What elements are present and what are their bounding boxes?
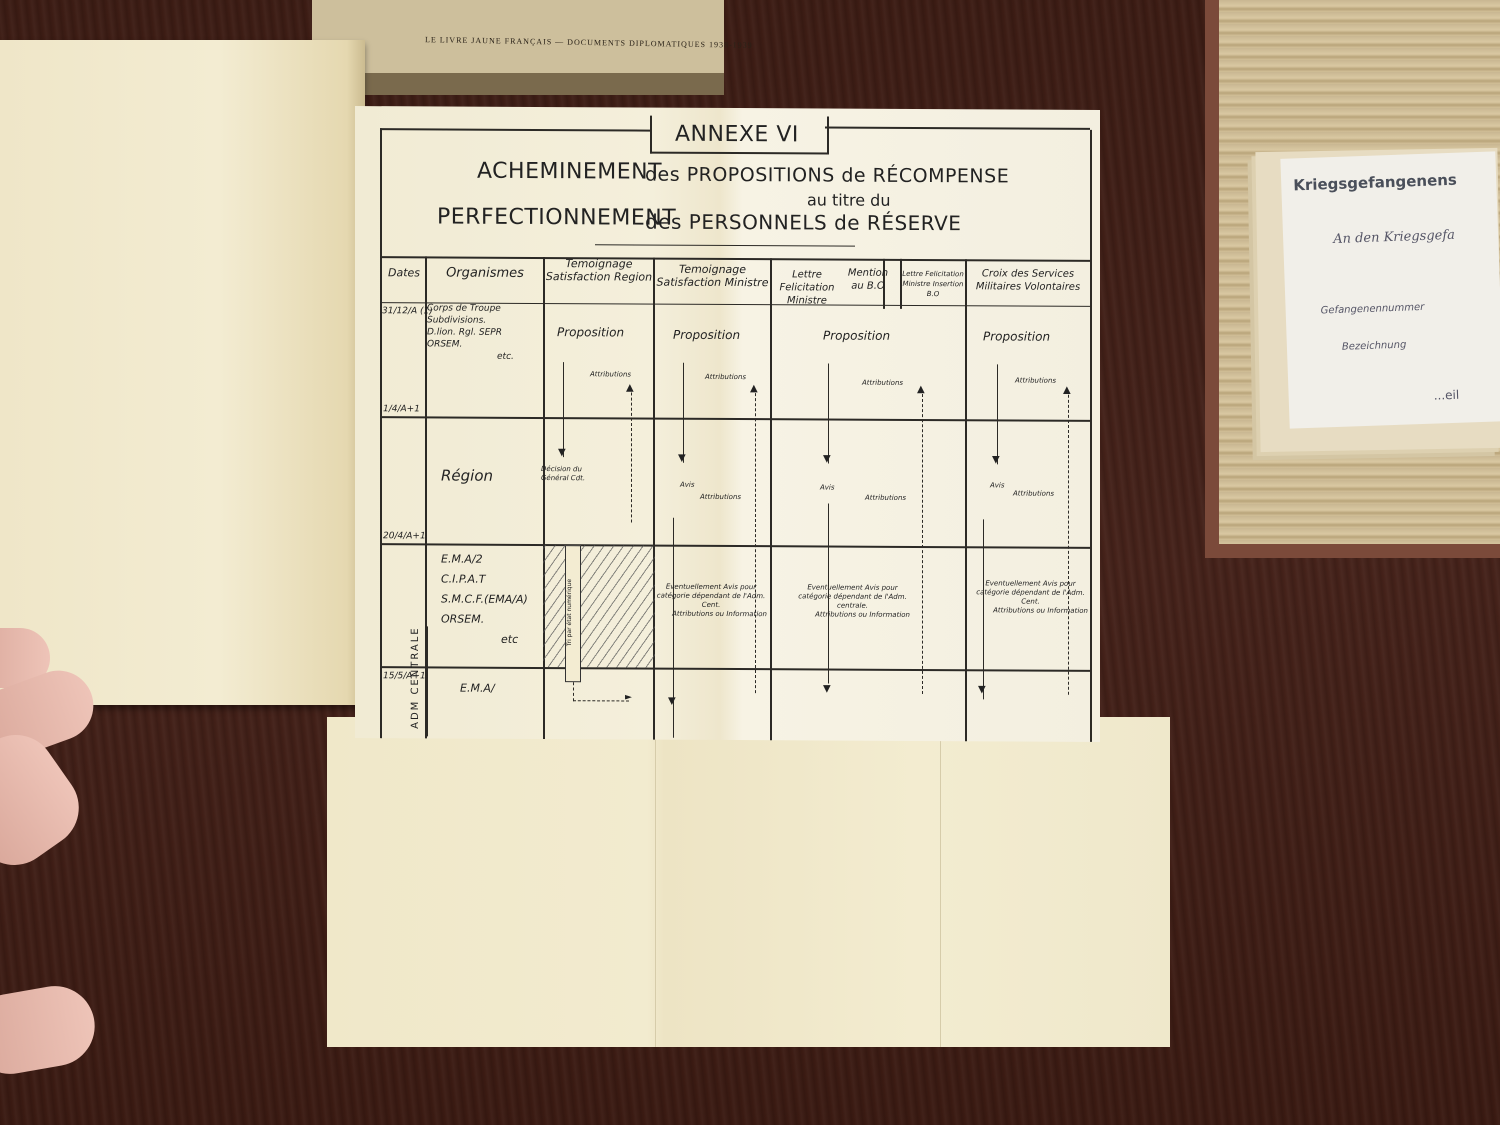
avis-label: Avis: [820, 483, 835, 491]
col-header-mention-bo: Mention au B.O: [843, 267, 893, 293]
organisme: Corps de Troupe: [427, 302, 514, 314]
annex-label: ANNEXE VI: [675, 122, 799, 148]
card-line3: Bezeichnung: [1342, 340, 1407, 353]
pow-card: Kriegsgefangenens An den Kriegsgefa Gefa…: [1280, 151, 1500, 428]
organisme: etc.: [427, 350, 514, 362]
arrow-down-icon: ▼: [678, 453, 686, 464]
proposition-label: Proposition: [557, 325, 624, 339]
organismes-row3: E.M.A/2 C.I.P.A.T S.M.C.F.(EMA/A) ORSEM.…: [441, 549, 528, 649]
organisme-ema: E.M.A/: [460, 682, 495, 695]
attributions-label: Attributions: [700, 493, 741, 501]
proposition-label: Proposition: [673, 328, 740, 342]
attrib-info-text: Attributions ou Information: [795, 610, 910, 620]
annex-sheet: ANNEXE VI ACHEMINEMENT des PROPOSITIONS …: [355, 106, 1100, 742]
arrow-down-icon: ▼: [823, 454, 831, 465]
organisme: Subdivisions.: [427, 314, 514, 326]
organisme: E.M.A/2: [441, 549, 528, 569]
arrow-down-icon: ▼: [992, 454, 1000, 465]
fold-crease: [655, 717, 656, 1047]
col-header-lettre-insertion: Lettre Felicitation Ministre Insertion B…: [902, 269, 964, 299]
card-line4: ...eil: [1433, 388, 1459, 403]
row-date-1: 31/12/A (1): [382, 306, 433, 316]
attributions-label: Attributions: [705, 373, 746, 381]
card-heading: Kriegsgefangenens: [1293, 171, 1457, 195]
attributions-label: Attributions: [862, 379, 903, 387]
organisme: C.I.P.A.T: [441, 569, 528, 589]
attributions-label: Attributions: [865, 494, 906, 502]
eventuellement-text: Eventuellement Avis pour catégorie dépen…: [795, 583, 910, 611]
card-line2: Gefangenennummer: [1320, 302, 1424, 317]
arrow-right-icon: ►: [625, 692, 632, 702]
attrib-info-text: Attributions ou Information: [973, 606, 1088, 616]
hatched-area: [543, 545, 655, 668]
card-line1: An den Kriegsgefa: [1333, 228, 1455, 247]
organisme-region: Région: [441, 466, 493, 484]
organisme: D.lion. Rgl. SEPR: [427, 326, 514, 338]
col-header-organismes: Organismes: [427, 266, 543, 280]
col-header-tem-region: Temoignage Satisfaction Region: [545, 257, 653, 284]
book-left-page: [0, 40, 365, 705]
hand-thumb: [0, 980, 101, 1080]
arrow-down-icon: ▼: [558, 447, 566, 458]
sheet-folded-flap: [327, 717, 1170, 1047]
organisme: S.M.C.F.(EMA/A): [441, 589, 528, 609]
side-label: ADM CENTRALE: [410, 626, 421, 729]
row-date-3: 20/4/A+1: [383, 531, 426, 541]
organisme: ORSEM.: [441, 609, 528, 629]
eventuellement-note: Eventuellement Avis pour catégorie dépen…: [973, 579, 1088, 616]
col-header-croix: Croix des Services Militaires Volontaire…: [967, 267, 1089, 294]
col-header-lettre-felicitation: Lettre Felicitation Ministre: [772, 268, 842, 307]
attributions-label: Attributions: [590, 370, 631, 378]
arrow-up-icon: ▲: [626, 382, 634, 393]
arrow-up-icon: ▲: [917, 384, 925, 395]
arrow-up-icon: ▲: [750, 383, 758, 394]
decision-general: Décision du Général Cdt.: [541, 465, 611, 483]
title-line2-b: des PERSONNELS de RÉSERVE: [645, 210, 961, 236]
row-date-2: 1/4/A+1: [383, 404, 420, 414]
title-line1-a: ACHEMINEMENT: [477, 159, 662, 185]
attributions-label: Attributions: [1013, 489, 1054, 497]
organisme: ORSEM.: [427, 338, 514, 350]
title-sub: au titre du: [807, 190, 890, 209]
organisme: etc: [441, 629, 528, 649]
attributions-label: Attributions: [1015, 377, 1056, 385]
proposition-label: Proposition: [823, 329, 890, 343]
col-header-tem-ministre: Temoignage Satisfaction Ministre: [655, 263, 770, 290]
hatched-note: Tri par état numérique: [566, 552, 573, 672]
attrib-info-text: Attributions ou Information: [655, 610, 767, 620]
arrow-up-icon: ▲: [1063, 385, 1071, 396]
title-line1-b: des PROPOSITIONS de RÉCOMPENSE: [645, 164, 1009, 188]
arrow-down-icon: ▼: [978, 684, 986, 695]
fold-crease: [940, 717, 941, 1047]
arrow-down-icon: ▼: [823, 684, 831, 695]
col-header-dates: Dates: [382, 266, 426, 279]
eventuellement-note: Eventuellement Avis pour catégorie dépen…: [655, 583, 767, 620]
title-line2-a: PERFECTIONNEMENT: [437, 204, 676, 230]
proposition-label: Proposition: [983, 329, 1050, 343]
eventuellement-text: Eventuellement Avis pour catégorie dépen…: [973, 579, 1088, 607]
avis-label: Avis: [680, 481, 695, 489]
organismes-row1: Corps de Troupe Subdivisions. D.lion. Rg…: [427, 302, 514, 362]
arrow-down-icon: ▼: [668, 696, 676, 707]
avis-label: Avis: [990, 481, 1005, 489]
eventuellement-note: Eventuellement Avis pour catégorie dépen…: [795, 583, 910, 620]
eventuellement-text: Eventuellement Avis pour catégorie dépen…: [655, 583, 767, 611]
